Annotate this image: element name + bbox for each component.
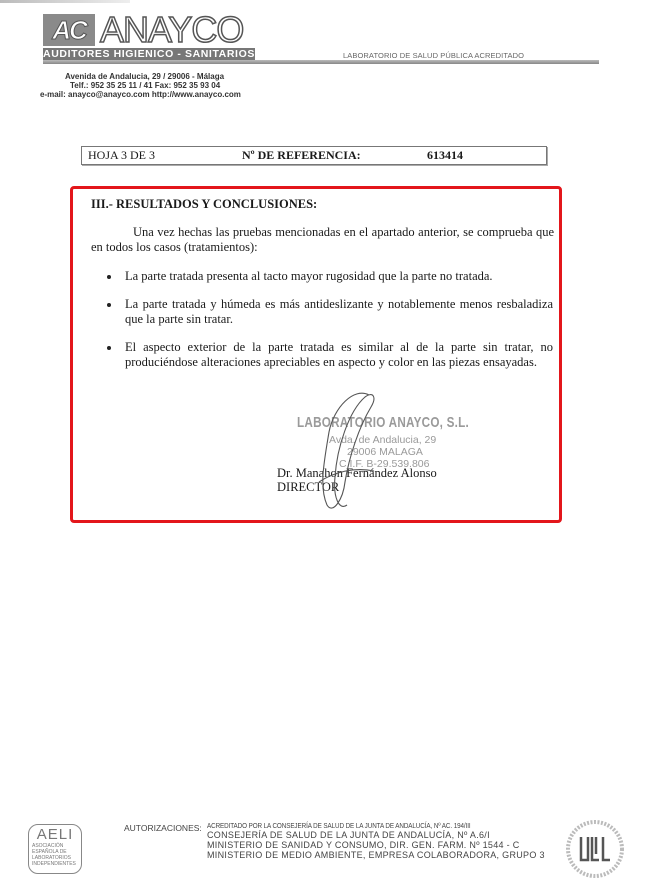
authorizations-label: AUTORIZACIONES: xyxy=(124,823,202,833)
authorization-line: ACREDITADO POR LA CONSEJERÍA DE SALUD DE… xyxy=(207,823,511,830)
aeli-title: AELI xyxy=(29,827,81,843)
conclusions-list: La parte tratada presenta al tacto mayor… xyxy=(105,269,553,370)
bullet-icon xyxy=(107,346,111,350)
phone-line: Telf.: 952 35 25 11 / 41 Fax: 952 35 93 … xyxy=(40,81,241,90)
reference-bar: HOJA 3 DE 3 Nº DE REFERENCIA: 613414 xyxy=(81,146,547,165)
letterhead-rule xyxy=(43,60,599,64)
sheet-number: HOJA 3 DE 3 xyxy=(88,147,155,164)
accreditation-label: LABORATORIO DE SALUD PÚBLICA ACREDITADO xyxy=(343,51,524,60)
bullet-icon xyxy=(107,303,111,307)
company-banner: AUDITORES HIGIENICO - SANITARIOS xyxy=(43,48,255,60)
section-title: III.- RESULTADOS Y CONCLUSIONES: xyxy=(91,197,317,212)
list-item-text: La parte tratada y húmeda es más antides… xyxy=(125,297,553,326)
authorization-line: MINISTERIO DE MEDIO AMBIENTE, EMPRESA CO… xyxy=(207,850,545,860)
reference-number: 613414 xyxy=(427,147,463,164)
address-line: Avenida de Andalucia, 29 / 29006 - Málag… xyxy=(40,72,241,81)
intro-paragraph: Una vez hechas las pruebas mencionadas e… xyxy=(91,225,554,255)
list-item: La parte tratada y húmeda es más antides… xyxy=(105,297,553,327)
scan-edge xyxy=(0,0,130,3)
authorization-line: CONSEJERÍA DE SALUD DE LA JUNTA DE ANDAL… xyxy=(207,830,545,840)
authorizations-list: ACREDITADO POR LA CONSEJERÍA DE SALUD DE… xyxy=(207,823,545,860)
results-highlight-frame: III.- RESULTADOS Y CONCLUSIONES: Una vez… xyxy=(70,186,562,523)
company-name: ANAYCO xyxy=(100,10,243,50)
contact-line: e-mail: anayco@anayco.com http://www.ana… xyxy=(40,90,241,99)
authorization-line: MINISTERIO DE SANIDAD Y CONSUMO, DIR. GE… xyxy=(207,840,545,850)
reference-label: Nº DE REFERENCIA: xyxy=(242,147,361,164)
bullet-icon xyxy=(107,275,111,279)
list-item: La parte tratada presenta al tacto mayor… xyxy=(105,269,553,284)
list-item-text: La parte tratada presenta al tacto mayor… xyxy=(125,269,493,283)
logo-ac-text: AC xyxy=(52,15,86,46)
company-logo-mark: AC xyxy=(43,14,95,46)
signature-icon xyxy=(299,387,389,517)
uli-logo-icon xyxy=(566,820,624,878)
list-item: El aspecto exterior de la parte tratada … xyxy=(105,340,553,370)
company-address: Avenida de Andalucia, 29 / 29006 - Málag… xyxy=(40,72,241,99)
aeli-line: INDEPENDIENTES xyxy=(29,861,81,867)
aeli-logo: AELI ASOCIACIÓN ESPAÑOLA DE LABORATORIOS… xyxy=(28,824,82,874)
list-item-text: El aspecto exterior de la parte tratada … xyxy=(125,340,553,369)
